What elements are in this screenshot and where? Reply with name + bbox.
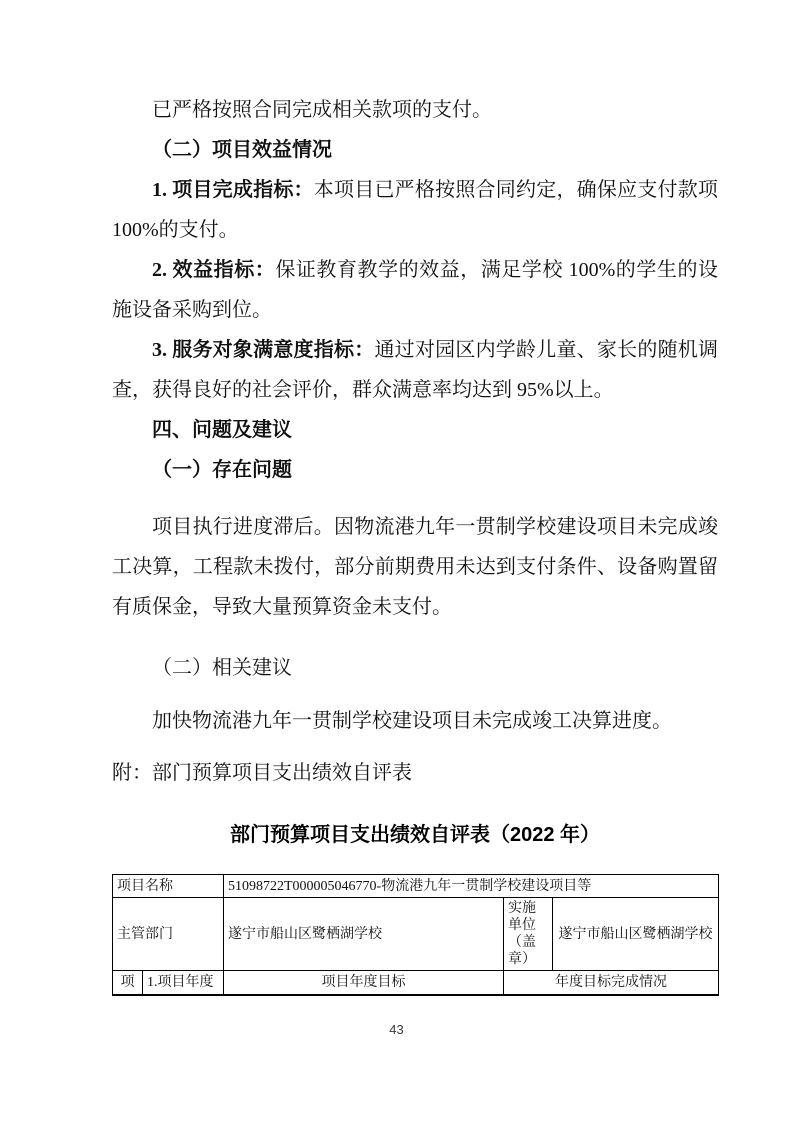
implementing-unit-value: 遂宁市船山区鹭栖湖学校 bbox=[553, 898, 719, 971]
document-page: 已严格按照合同完成相关款项的支付。 （二）项目效益情况 1. 项目完成指标：本项… bbox=[0, 0, 793, 1122]
item-col-label: 项 bbox=[113, 971, 143, 995]
indicator-2-label: 2. 效益指标： bbox=[152, 259, 275, 281]
table-row-departments: 主管部门 遂宁市船山区鹭栖湖学校 实施单位（盖章） 遂宁市船山区鹭栖湖学校 bbox=[113, 898, 719, 971]
supervising-dept-label: 主管部门 bbox=[113, 898, 224, 971]
document-content: 已严格按照合同完成相关款项的支付。 （二）项目效益情况 1. 项目完成指标：本项… bbox=[112, 0, 718, 996]
self-evaluation-table: 项目名称 51098722T000005046770-物流港九年一贯制学校建设项… bbox=[112, 874, 719, 996]
paragraph-satisfaction-indicator: 3. 服务对象满意度指标：通过对园区内学龄儿童、家长的随机调查，获得良好的社会评… bbox=[112, 330, 718, 410]
paragraph-completion-indicator: 1. 项目完成指标：本项目已严格按照合同约定，确保应支付款项 100%的支付。 bbox=[112, 170, 718, 250]
annual-goal-label: 项目年度目标 bbox=[224, 971, 504, 995]
heading-project-benefit: （二）项目效益情况 bbox=[112, 130, 718, 170]
indicator-1-label: 1. 项目完成指标： bbox=[152, 179, 314, 201]
page-number: 43 bbox=[0, 1022, 793, 1037]
goal-completion-label: 年度目标完成情况 bbox=[504, 971, 719, 995]
paragraph-problem-description: 项目执行进度滞后。因物流港九年一贯制学校建设项目未完成竣工决算，工程款未拨付，部… bbox=[112, 507, 718, 627]
attachment-note: 附：部门预算项目支出绩效自评表 bbox=[112, 753, 718, 793]
paragraph-payment-completion: 已严格按照合同完成相关款项的支付。 bbox=[112, 90, 718, 130]
paragraph-suggestion: 加快物流港九年一贯制学校建设项目未完成竣工决算进度。 bbox=[112, 701, 718, 741]
indicator-3-label: 3. 服务对象满意度指标： bbox=[152, 339, 374, 361]
heading-problems-suggestions: 四、问题及建议 bbox=[112, 410, 718, 450]
paragraph-benefit-indicator: 2. 效益指标：保证教育教学的效益，满足学校 100%的学生的设施设备采购到位。 bbox=[112, 250, 718, 330]
table-title: 部门预算项目支出绩效自评表（2022 年） bbox=[112, 813, 718, 857]
implementing-unit-label: 实施单位（盖章） bbox=[504, 898, 553, 971]
heading-existing-problems: （一）存在问题 bbox=[112, 450, 718, 490]
heading-related-suggestions: （二）相关建议 bbox=[112, 648, 718, 688]
project-year-label: 1.项目年度 bbox=[143, 971, 224, 995]
project-name-label: 项目名称 bbox=[113, 875, 224, 898]
project-name-value: 51098722T000005046770-物流港九年一贯制学校建设项目等 bbox=[224, 875, 719, 898]
table-row-project-name: 项目名称 51098722T000005046770-物流港九年一贯制学校建设项… bbox=[113, 875, 719, 898]
table-row-annual-goal-header: 项 1.项目年度 项目年度目标 年度目标完成情况 bbox=[113, 971, 719, 995]
supervising-dept-value: 遂宁市船山区鹭栖湖学校 bbox=[224, 898, 504, 971]
